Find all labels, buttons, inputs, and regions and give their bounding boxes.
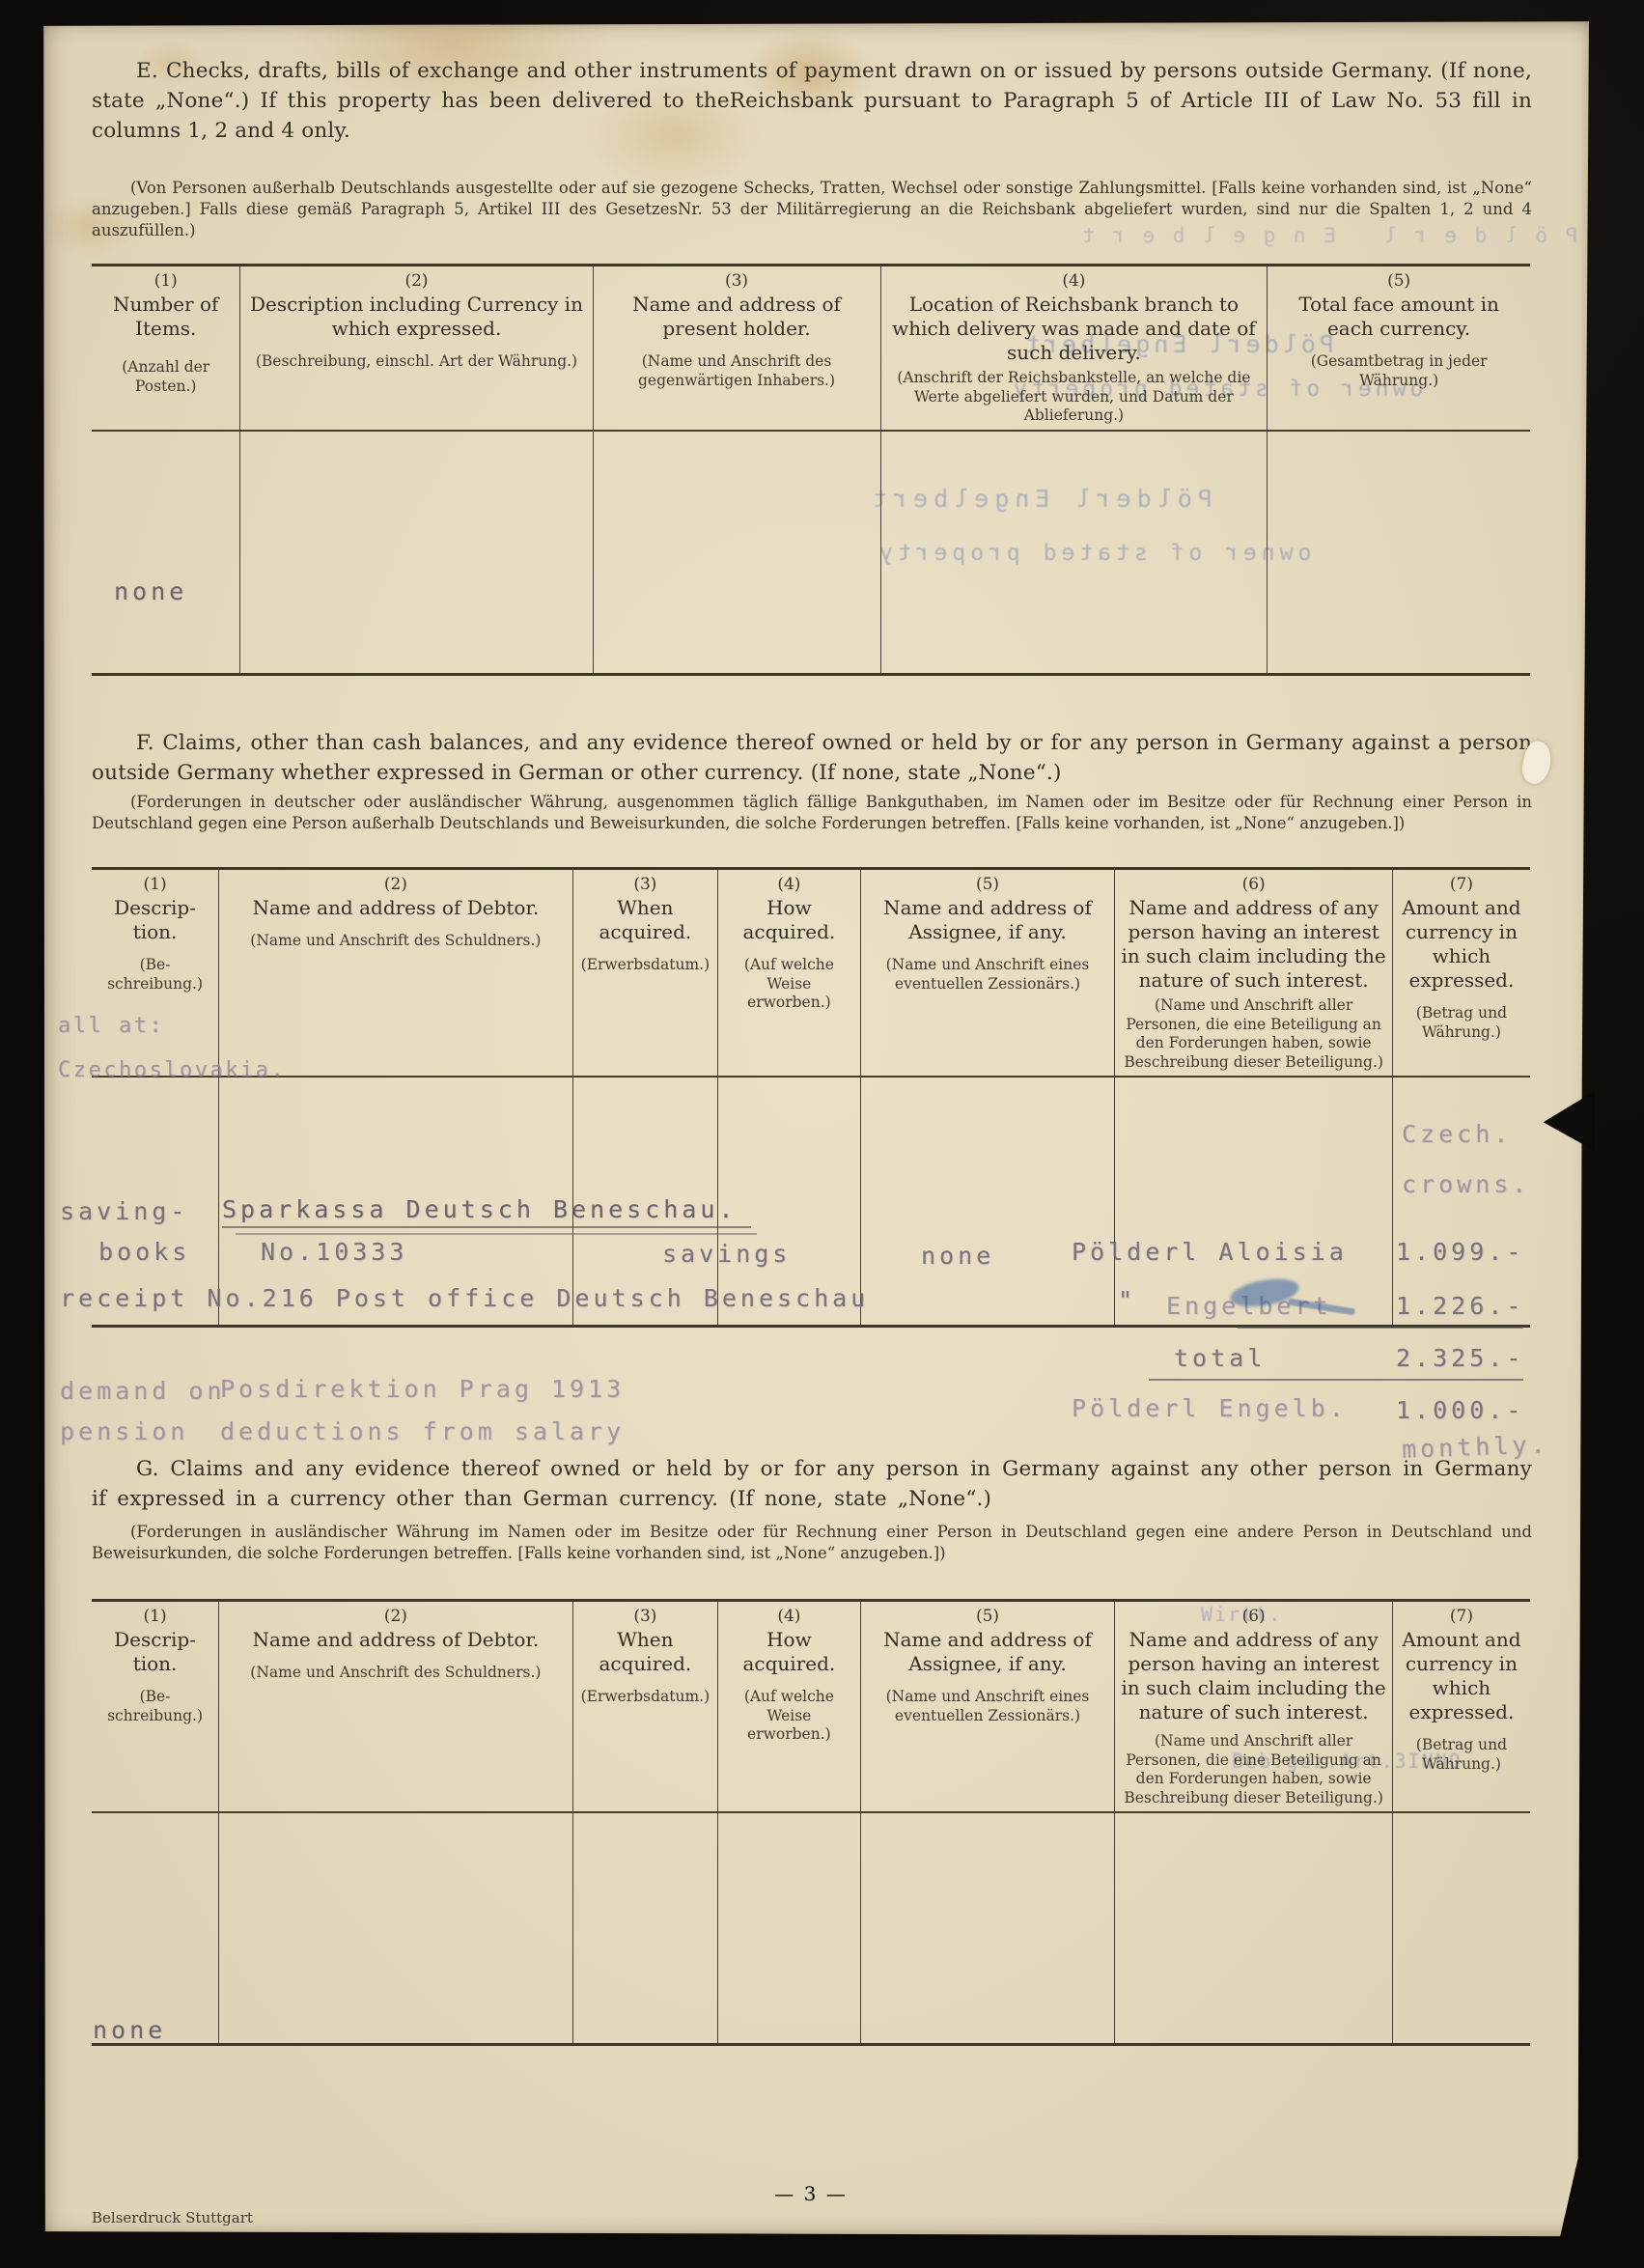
underline-amount-total [1149, 1379, 1523, 1381]
col-label-de: (Beschreibung, einschl. Art der Währung.… [246, 352, 586, 372]
col-label-en: Amount and currency in which expressed. [1399, 896, 1524, 993]
col-number: (5) [867, 1607, 1109, 1626]
photo-background: P ö l d e r l E n g e l b e r t Pölderl … [0, 0, 1644, 2268]
section-f-heading: F. Claims, other than cash balances, and… [92, 728, 1532, 788]
col-label-de: (Erwerbs­datum.) [579, 1688, 711, 1707]
col-label-de: (Be­schreibung.) [98, 1688, 212, 1725]
table-g-cell-1 [92, 1813, 218, 2043]
col-number: (1) [98, 1607, 212, 1626]
table-e-col3-header: (3) Name and address of present holder. … [593, 266, 880, 430]
entry-f-currency-1: Czech. [1402, 1120, 1512, 1148]
table-e-col2-header: (2) Description including Currency in wh… [239, 266, 592, 430]
entry-f-row1-how: savings [662, 1240, 791, 1268]
col-number: (6) [1121, 875, 1386, 894]
table-g-col1-header: (1) Descrip­tion. (Be­schreibung.) [92, 1602, 218, 1811]
col-number: (4) [724, 1607, 854, 1626]
col-label-de: (Anschrift der Reichsbankstelle, an welc… [887, 369, 1262, 426]
entry-f-all-at: all at: [58, 1014, 164, 1038]
table-g-cell-5 [860, 1813, 1115, 2043]
col-label-en: When acquired. [579, 1628, 711, 1676]
underline-debtor-2 [236, 1233, 757, 1235]
col-number: (3) [579, 875, 711, 894]
entry-f-row3-amount: 1.000.- [1396, 1396, 1524, 1424]
table-e-header-row: (1) Number of Items. (Anzahl der Posten.… [92, 266, 1530, 432]
printer-imprint: Belserdruck Stuttgart [92, 2209, 253, 2226]
table-e-col4-header: (4) Location of Reichsbank branch to whi… [880, 266, 1268, 430]
col-label-de: (Name und Anschrift aller Personen, die … [1121, 996, 1386, 1072]
col-number: (1) [98, 875, 212, 894]
col-label-en: Name and address of any person having an… [1121, 896, 1386, 993]
col-number: (2) [225, 875, 567, 894]
col-label-de: (Name und Anschrift eines eventuellen Ze… [867, 956, 1109, 994]
col-number: (2) [225, 1607, 567, 1626]
col-label-de: (Name und Anschrift des Schuldners.) [225, 1664, 567, 1683]
col-number: (1) [98, 271, 234, 291]
table-g-col7-header: (7) Amount and currency in which express… [1392, 1602, 1530, 1811]
col-label-en: When acquired. [579, 896, 711, 944]
entry-f-row1-amount: 1.099.- [1396, 1238, 1524, 1266]
col-label-en: Total face amount in each currency. [1273, 293, 1524, 341]
table-f-col3-header: (3) When acquired. (Erwerbs­datum.) [572, 870, 717, 1076]
table-g-col4-header: (4) How acquired. (Auf welche Weise erwo… [717, 1602, 860, 1811]
table-f-col7-header: (7) Amount and currency in which express… [1392, 870, 1530, 1076]
col-number: (2) [246, 271, 586, 291]
col-label-en: Name and address of any person having an… [1121, 1628, 1386, 1724]
col-number: (7) [1399, 1607, 1524, 1626]
table-g-body-row [92, 1813, 1530, 2043]
table-e-body-row [92, 432, 1530, 673]
col-label-de: (Betrag und Währung.) [1399, 1736, 1524, 1774]
col-label-en: Description including Currency in which … [246, 293, 586, 341]
entry-f-row2-desc: receipt No.216 Post office Deutsch Benes… [60, 1284, 869, 1312]
col-number: (5) [867, 875, 1109, 894]
col-number: (4) [724, 875, 854, 894]
table-e-col1-header: (1) Number of Items. (Anzahl der Posten.… [92, 266, 239, 430]
table-g-col2-header: (2) Name and address of Debtor. (Name un… [218, 1602, 572, 1811]
section-g-heading: G. Claims and any evidence thereof owned… [92, 1454, 1532, 1514]
entry-f-row3-debtor: Posdirektion Prag 1913 [220, 1375, 625, 1403]
table-f-col2-header: (2) Name and address of Debtor. (Name un… [218, 870, 572, 1076]
table-g-cell-3 [572, 1813, 717, 2043]
table-e-cell-5 [1267, 432, 1530, 673]
col-label-en: Amount and currency in which expressed. [1399, 1628, 1524, 1724]
table-g-col5-header: (5) Name and address of Assignee, if any… [860, 1602, 1115, 1811]
table-f-col5-header: (5) Name and address of Assignee, if any… [860, 870, 1115, 1076]
col-label-en: How acquired. [724, 1628, 854, 1676]
table-f-col4-header: (4) How acquired. (Auf welche Weise erwo… [717, 870, 860, 1076]
col-label-de: (Auf welche Weise erworben.) [724, 956, 854, 1013]
table-g-header-row: (1) Descrip­tion. (Be­schreibung.) (2) N… [92, 1602, 1530, 1813]
col-label-en: How acquired. [724, 896, 854, 944]
entry-f-row1-person: Pölderl Aloisia [1072, 1238, 1348, 1266]
entry-f-country: Czechoslovakia. [58, 1058, 286, 1082]
col-number: (3) [599, 271, 875, 291]
section-e-heading: E. Checks, drafts, bills of exchange and… [92, 56, 1532, 146]
col-label-en: Name and address of Debtor. [225, 896, 567, 920]
col-label-de: (Name und Anschrift eines eventuellen Ze… [867, 1688, 1109, 1725]
underline-debtor-1 [222, 1226, 751, 1228]
col-number: (4) [887, 271, 1262, 291]
col-label-de: (Anzahl der Posten.) [98, 358, 234, 396]
table-g-cell-7 [1392, 1813, 1530, 2043]
entry-e-none: none [114, 577, 187, 605]
col-number: (6) [1121, 1607, 1386, 1626]
col-label-de: (Auf welche Weise erworben.) [724, 1688, 854, 1745]
col-label-de: (Name und Anschrift des gegenwärtigen In… [599, 352, 875, 390]
table-e-cell-4 [880, 432, 1268, 673]
table-g-cell-6 [1114, 1813, 1392, 2043]
entry-f-total-amount: 2.325.- [1396, 1344, 1524, 1372]
col-label-en: Name and address of Assignee, if any. [867, 896, 1109, 944]
col-number: (5) [1273, 271, 1524, 291]
col-label-en: Descrip­tion. [98, 896, 212, 944]
table-g-col6-header: (6) Name and address of any person havin… [1114, 1602, 1392, 1811]
entry-f-row2-amount: 1.226.- [1396, 1292, 1524, 1320]
entry-f-row3-person: Pölderl Engelb. [1072, 1394, 1348, 1422]
entry-f-row1-debtor-no: No.10333 [261, 1238, 407, 1266]
entry-f-row3-desc-a: demand on [60, 1377, 225, 1405]
underline-amount-1226 [1238, 1327, 1523, 1329]
table-f-cell-5 [860, 1078, 1115, 1325]
table-g: (1) Descrip­tion. (Be­schreibung.) (2) N… [92, 1599, 1530, 2046]
entry-f-row1-desc-a: saving- [60, 1197, 188, 1225]
col-label-en: Number of Items. [98, 293, 234, 341]
col-number: (3) [579, 1607, 711, 1626]
table-e-col5-header: (5) Total face amount in each currency. … [1267, 266, 1530, 430]
col-label-de: (Name und Anschrift des Schuldners.) [225, 932, 567, 951]
entry-f-row1-debtor: Sparkassa Deutsch Beneschau. [222, 1195, 737, 1223]
section-f-note-german: (Forderungen in deutscher oder ausländis… [92, 792, 1532, 834]
col-label-en: Name and address of Debtor. [225, 1628, 567, 1652]
entry-f-currency-2: crowns. [1402, 1170, 1530, 1198]
entry-f-row3-how: deductions from salary [220, 1417, 625, 1445]
section-g-note-german: (Forderungen in ausländischer Währung im… [92, 1522, 1532, 1564]
col-label-en: Name and address of Assignee, if any. [867, 1628, 1109, 1676]
entry-g-none: none [93, 2016, 166, 2044]
col-label-de: (Name und Anschrift aller Personen, die … [1121, 1732, 1386, 1807]
col-label-en: Location of Reichsbank branch to which d… [887, 293, 1262, 365]
page-number: — 3 — [92, 2182, 1530, 2205]
document-page: P ö l d e r l E n g e l b e r t Pölderl … [37, 19, 1593, 2238]
col-label-de: (Be­schreibung.) [98, 956, 212, 994]
table-e: (1) Number of Items. (Anzahl der Posten.… [92, 264, 1530, 676]
table-f-cell-7 [1392, 1078, 1530, 1325]
table-g-cell-2 [218, 1813, 572, 2043]
col-label-de: (Betrag und Währung.) [1399, 1004, 1524, 1042]
col-label-de: (Gesamtbetrag in jeder Währung.) [1273, 352, 1524, 390]
table-e-cell-3 [593, 432, 880, 673]
section-e-note-german: (Von Personen außerhalb Deutschlands aus… [92, 178, 1532, 241]
col-label-de: (Erwerbs­datum.) [579, 956, 711, 975]
col-label-en: Descrip­tion. [98, 1628, 212, 1676]
table-e-cell-1 [92, 432, 239, 673]
table-g-col3-header: (3) When acquired. (Erwerbs­datum.) [572, 1602, 717, 1811]
table-e-cell-2 [239, 432, 592, 673]
entry-f-row1-desc-b: books [98, 1238, 190, 1266]
col-number: (7) [1399, 875, 1524, 894]
table-g-cell-4 [717, 1813, 860, 2043]
entry-f-row3-desc-b: pension [60, 1417, 188, 1445]
table-f-header-row: (1) Descrip­tion. (Be­schreibung.) (2) N… [92, 870, 1530, 1078]
entry-f-row2-ditto: " [1118, 1286, 1136, 1314]
table-f-col1-header: (1) Descrip­tion. (Be­schreibung.) [92, 870, 218, 1076]
entry-f-total-label: total [1174, 1344, 1266, 1372]
entry-f-row1-assignee: none [921, 1242, 994, 1270]
col-label-en: Name and address of present holder. [599, 293, 875, 341]
table-f-col6-header: (6) Name and address of any person havin… [1114, 870, 1392, 1076]
